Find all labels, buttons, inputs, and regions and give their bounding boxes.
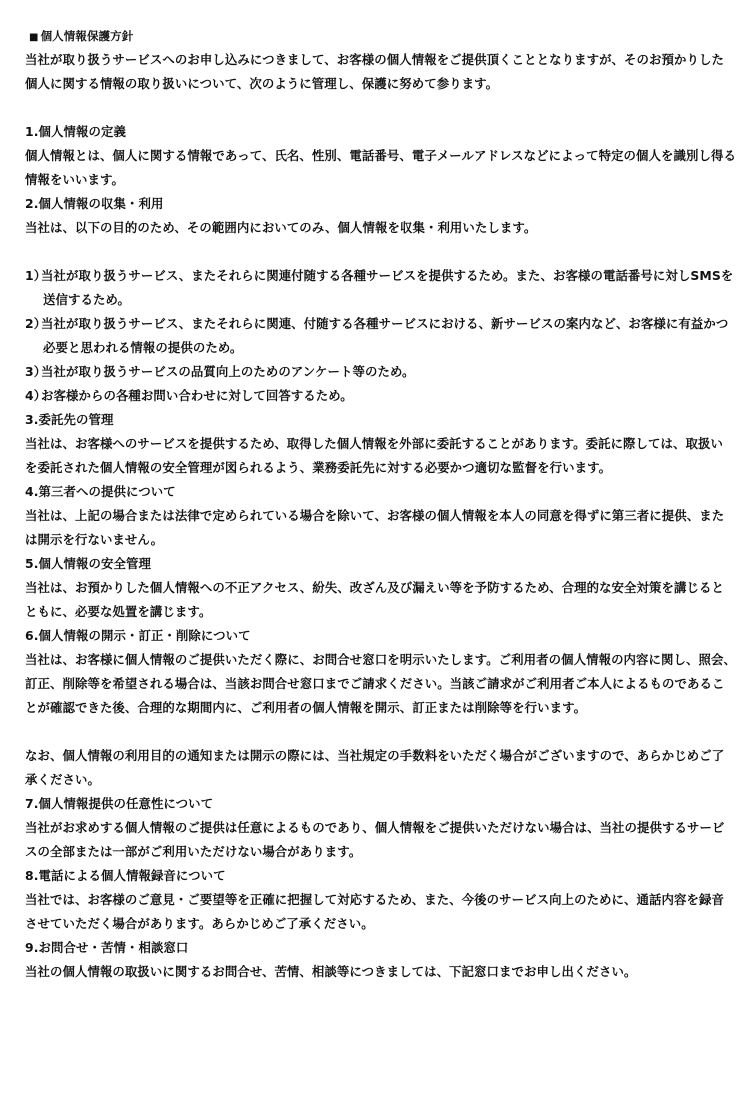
document-title-text: 個人情報保護方針 [41, 29, 134, 43]
section-text: とが確認できた後、合理的な期間内に、ご利用者の個人情報を開示、訂正または削除等を… [25, 696, 737, 720]
list-text-continuation: 必要と思われる情報の提供のため。 [25, 336, 737, 360]
list-number: 3） [25, 360, 41, 384]
section-heading-contractor-management: 3.委託先の管理 [25, 408, 737, 432]
privacy-policy-document: ■個人情報保護方針 当社が取り扱うサービスへのお申し込みにつきまして、お客様の個… [0, 0, 753, 984]
section-heading-call-recording: 8.電話による個人情報録音について [25, 864, 737, 888]
section-text: 個人情報とは、個人に関する情報であって、氏名、性別、電話番号、電子メールアドレス… [25, 144, 737, 168]
spacer [25, 96, 737, 120]
purpose-list-item: 3）当社が取り扱うサービスの品質向上のためのアンケート等のため。 [25, 360, 737, 384]
section-text: 当社は、お預かりした個人情報への不正アクセス、紛失、改ざん及び漏えい等を予防する… [25, 576, 737, 600]
section-note: なお、個人情報の利用目的の通知または開示の際には、当社規定の手数料をいただく場合… [25, 744, 737, 768]
section-heading-third-party: 4.第三者への提供について [25, 480, 737, 504]
list-text: 当社が取り扱うサービス、またそれらに関連、付随する各種サービスにおける、新サービ… [41, 316, 728, 331]
section-text: スの全部または一部がご利用いただけない場合があります。 [25, 840, 737, 864]
section-note: 承ください。 [25, 768, 737, 792]
list-text: 当社が取り扱うサービスの品質向上のためのアンケート等のため。 [41, 364, 414, 379]
spacer [25, 720, 737, 744]
section-heading-security: 5.個人情報の安全管理 [25, 552, 737, 576]
square-bullet-icon: ■ [29, 32, 39, 43]
list-number: 2） [25, 312, 41, 336]
section-text: ともに、必要な処置を講じます。 [25, 600, 737, 624]
section-heading-contact: 9.お問合せ・苦情・相談窓口 [25, 936, 737, 960]
list-number: 1） [25, 264, 41, 288]
purpose-list-item: 2）当社が取り扱うサービス、またそれらに関連、付随する各種サービスにおける、新サ… [25, 312, 737, 336]
list-number: 4） [25, 384, 41, 408]
section-text: 当社の個人情報の取扱いに関するお問合せ、苦情、相談等につきましては、下記窓口まで… [25, 960, 737, 984]
section-heading-voluntary: 7.個人情報提供の任意性について [25, 792, 737, 816]
list-text: お客様からの各種お問い合わせに対して回答するため。 [41, 388, 353, 403]
document-title: ■個人情報保護方針 [29, 24, 737, 48]
section-text: 当社は、お客様へのサービスを提供するため、取得した個人情報を外部に委託することが… [25, 432, 737, 456]
section-text: 当社は、上記の場合または法律で定められている場合を除いて、お客様の個人情報を本人… [25, 504, 737, 528]
section-text: 訂正、削除等を希望される場合は、当該お問合せ窓口までご請求ください。当該ご請求が… [25, 672, 737, 696]
section-heading-collection-use: 2.個人情報の収集・利用 [25, 192, 737, 216]
section-heading-definition: 1.個人情報の定義 [25, 120, 737, 144]
section-text: は開示を行ないません。 [25, 528, 737, 552]
spacer [25, 240, 737, 264]
section-text: 当社は、以下の目的のため、その範囲内においてのみ、個人情報を収集・利用いたします… [25, 216, 737, 240]
section-text: 当社は、お客様に個人情報のご提供いただく際に、お問合せ窓口を明示いたします。ご利… [25, 648, 737, 672]
intro-line: 個人に関する情報の取り扱いについて、次のように管理し、保護に努めて参ります。 [25, 72, 737, 96]
section-heading-disclosure: 6.個人情報の開示・訂正・削除について [25, 624, 737, 648]
section-text: 情報をいいます。 [25, 168, 737, 192]
purpose-list-item: 4）お客様からの各種お問い合わせに対して回答するため。 [25, 384, 737, 408]
intro-line: 当社が取り扱うサービスへのお申し込みにつきまして、お客様の個人情報をご提供頂くこ… [25, 48, 737, 72]
section-text: を委託された個人情報の安全管理が図られるよう、業務委託先に対する必要かつ適切な監… [25, 456, 737, 480]
section-text: 当社がお求めする個人情報のご提供は任意によるものであり、個人情報をご提供いただけ… [25, 816, 737, 840]
list-text-continuation: 送信するため。 [25, 288, 737, 312]
list-text: 当社が取り扱うサービス、またそれらに関連付随する各種サービスを提供するため。また… [41, 268, 733, 283]
section-text: 当社では、お客様のご意見・ご要望等を正確に把握して対応するため、また、今後のサー… [25, 888, 737, 912]
section-text: させていただく場合があります。あらかじめご了承ください。 [25, 912, 737, 936]
purpose-list-item: 1）当社が取り扱うサービス、またそれらに関連付随する各種サービスを提供するため。… [25, 264, 737, 288]
